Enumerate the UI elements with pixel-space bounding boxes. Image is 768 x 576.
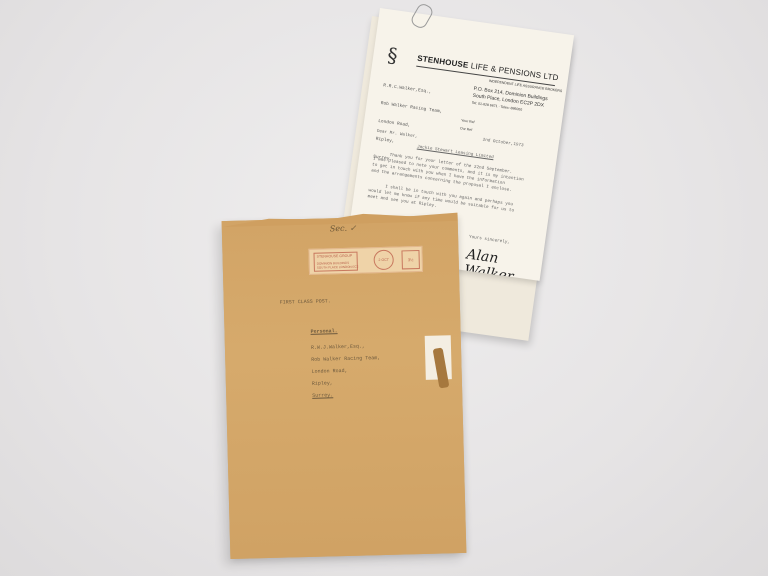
photo-scene: § STENHOUSE LIFE & PENSIONS LTD INDEPEND… (0, 0, 768, 576)
meter-sender-box: STENHOUSE GROUP DOMINION BUILDINGS SOUTH… (313, 252, 357, 272)
envelope-address-line: Surrey. (312, 392, 333, 399)
letter-date: 2nd October,1973 (482, 138, 524, 149)
letter-closing: Yours sincerely, (469, 235, 511, 246)
envelope-address-line: London Road, (312, 368, 348, 375)
letterhead-address: P.O. Box 214, Dominion Buildings South P… (471, 86, 548, 117)
postmark-circle-icon: 2 OCT (373, 250, 394, 271)
envelope-class-line: FIRST CLASS POST. (280, 298, 331, 305)
stenhouse-logo-icon: § (386, 44, 409, 69)
postage-value: 3½ (401, 250, 419, 269)
envelope-address-line: Rob Walker Racing Team, (311, 355, 380, 363)
envelope-handwritten-note: Sec. ✓ (330, 224, 357, 234)
envelope-personal-label: Personal. (310, 328, 337, 335)
letter-refs: Your Ref Our Ref (459, 116, 475, 134)
envelope-address-line: Ripley, (312, 380, 333, 387)
postage-meter-label: STENHOUSE GROUP DOMINION BUILDINGS SOUTH… (308, 246, 423, 275)
envelope-address-line: R.W.J.Walker,Esq., (311, 343, 365, 350)
manila-envelope: Sec. ✓ STENHOUSE GROUP DOMINION BUILDING… (222, 215, 467, 559)
